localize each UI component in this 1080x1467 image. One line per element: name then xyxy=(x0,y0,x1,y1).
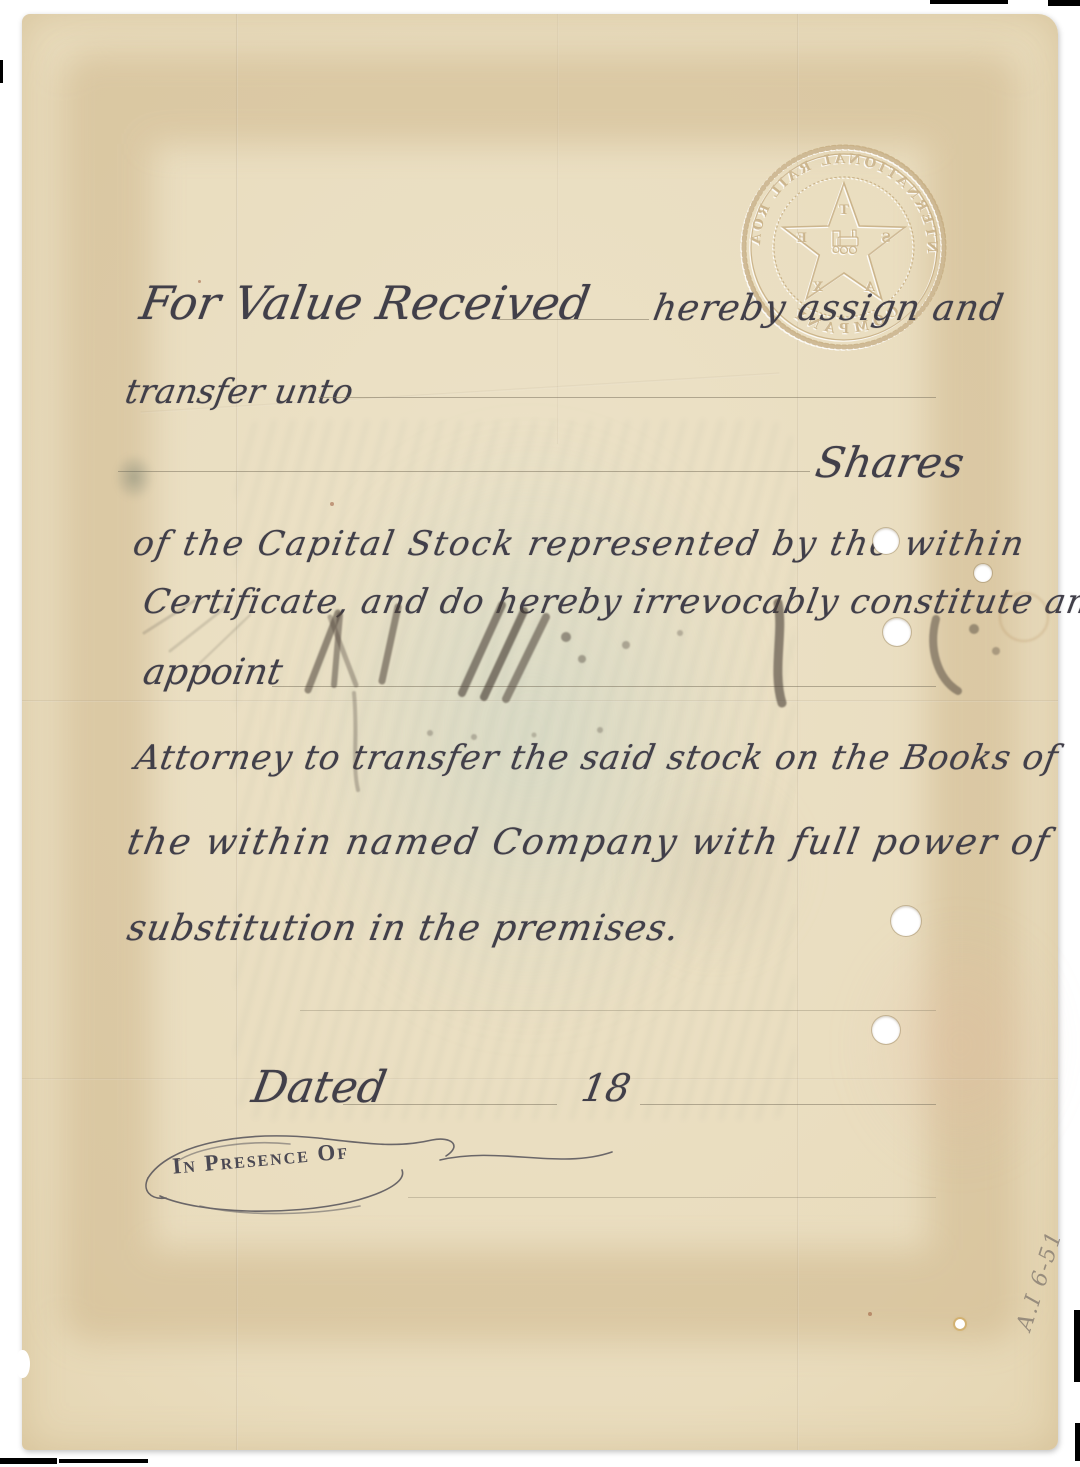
scanner-artifact xyxy=(1074,1310,1080,1382)
blank-line-transferee xyxy=(318,397,936,398)
form-year-prefix: 18 xyxy=(578,1066,634,1110)
punch-hole xyxy=(974,564,992,582)
scanner-artifact xyxy=(1048,0,1080,6)
scanner-artifact xyxy=(930,0,1008,4)
scan-background: T E X A S INTERNATIONAL RAIL ROAD COM xyxy=(0,0,1080,1467)
blank-line-shares xyxy=(118,471,810,472)
punch-hole xyxy=(883,618,911,646)
scanner-artifact xyxy=(1075,1423,1080,1461)
blank-line-dated-year xyxy=(640,1104,936,1105)
paper-edge-notch xyxy=(16,1350,30,1378)
foxing-speck xyxy=(198,280,201,283)
stain-ring xyxy=(999,592,1049,642)
foxing-speck xyxy=(868,1312,872,1316)
scanner-artifact xyxy=(0,60,3,83)
blank-line-upper-dated xyxy=(300,1010,936,1011)
form-line-substitution: substitution in the premises. xyxy=(124,908,683,949)
blank-line-witness-signature xyxy=(408,1197,936,1198)
form-line-transfer-unto: transfer unto xyxy=(122,372,356,412)
blank-line-dated-day xyxy=(343,1104,557,1105)
form-line-company-power: the within named Company with full power… xyxy=(124,822,1054,863)
ink-blot-smudge xyxy=(108,446,160,508)
punch-hole xyxy=(873,528,899,554)
foxing-speck xyxy=(330,502,334,506)
scanner-artifact xyxy=(59,1459,148,1463)
pinhole xyxy=(955,1319,965,1329)
punch-hole xyxy=(872,1016,900,1044)
form-dated-label: Dated xyxy=(248,1062,390,1113)
form-line-shares: Shares xyxy=(812,438,968,487)
punch-hole xyxy=(891,906,921,936)
scanner-artifact xyxy=(0,1458,57,1464)
form-line-hereby-assign: hereby assign and xyxy=(650,288,1007,329)
form-line-for-value-received: For Value Received xyxy=(136,276,594,330)
blank-line-assignor xyxy=(497,319,649,320)
